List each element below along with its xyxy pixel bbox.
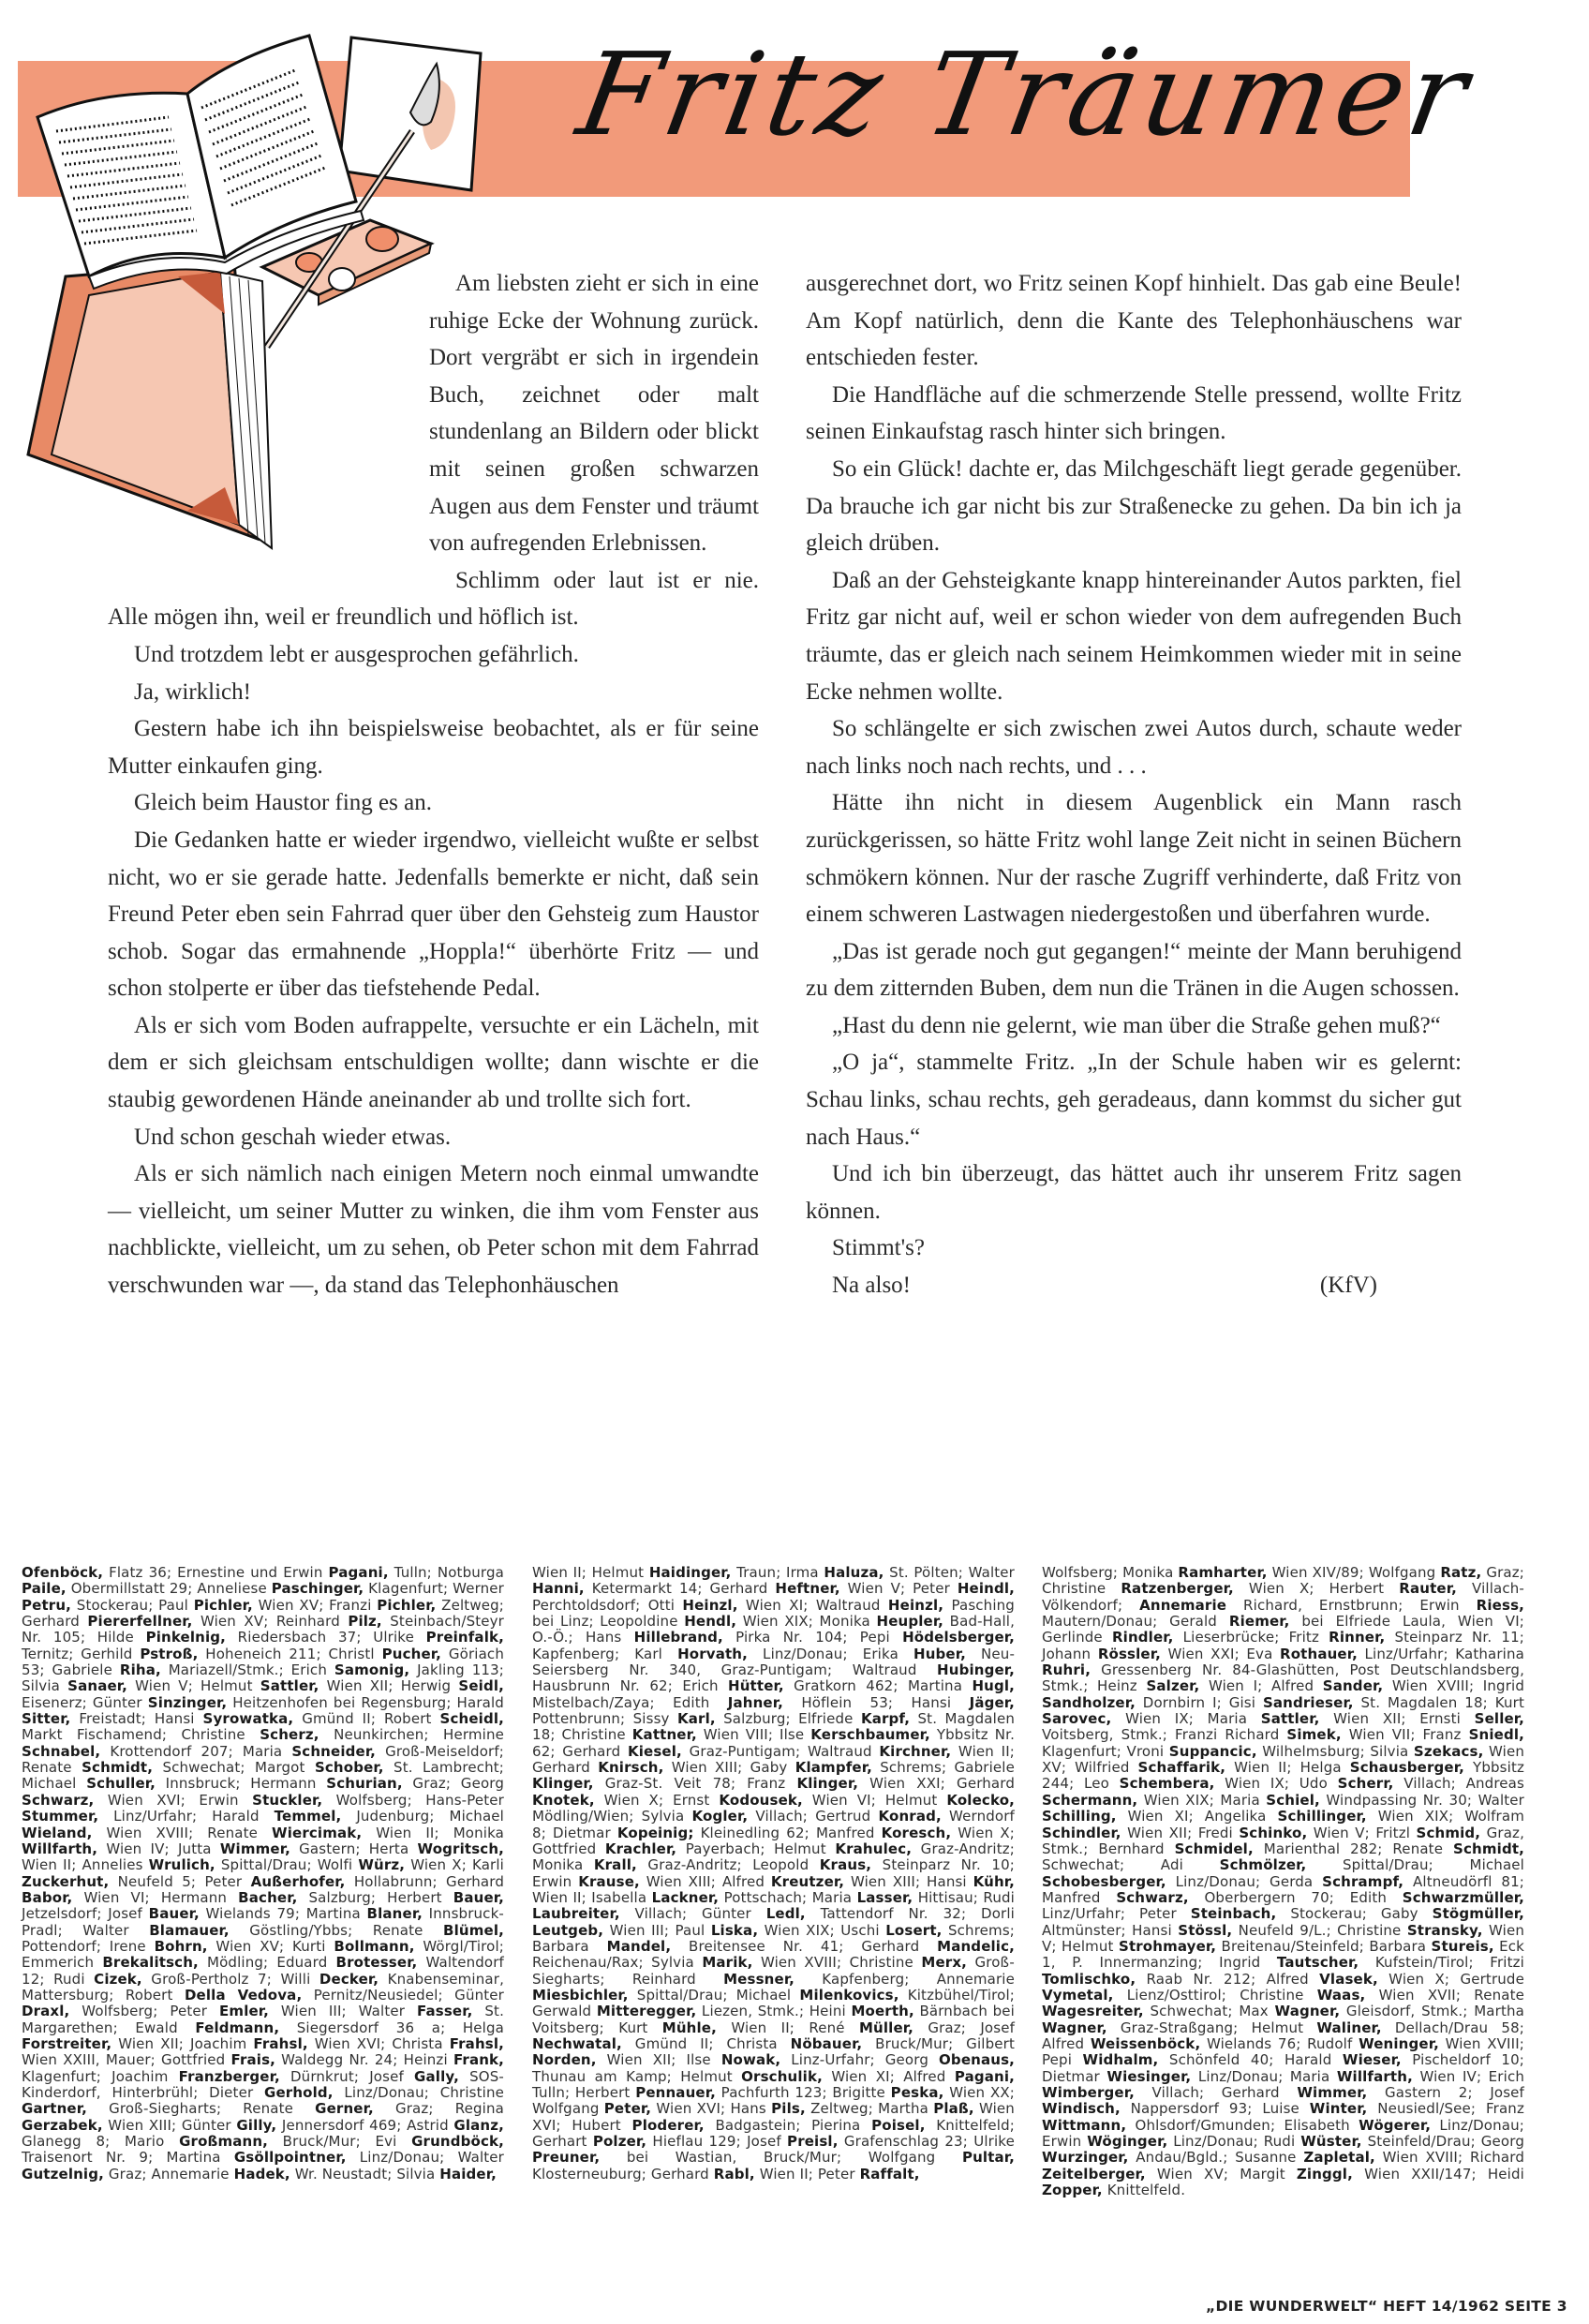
name-list-column-1: Ofenböck, Flatz 36; Ernestine und Erwin … bbox=[22, 1565, 504, 2182]
story-paragraph: Und trotzdem lebt er ausgesprochen gefäh… bbox=[108, 636, 759, 674]
story-paragraph: Ja, wirklich! bbox=[108, 674, 759, 711]
story-paragraph: Gleich beim Haustor fing es an. bbox=[108, 784, 759, 822]
story-paragraph: Und schon geschah wieder etwas. bbox=[108, 1119, 759, 1156]
name-list-column-3: Wolfsberg; Monika Ramharter, Wien XIV/89… bbox=[1042, 1565, 1524, 2198]
story-paragraph: So ein Glück! dachte er, das Milchgeschä… bbox=[806, 451, 1462, 562]
story-paragraph: So schlängelte er sich zwischen zwei Aut… bbox=[806, 710, 1462, 784]
story-paragraph: „Das ist gerade noch gut gegangen!“ mein… bbox=[806, 933, 1462, 1007]
closing-line: Na also! bbox=[832, 1267, 911, 1304]
page-title: Fritz Träumer bbox=[571, 37, 1480, 152]
story-paragraph: Die Handfläche auf die schmerzende Stell… bbox=[806, 377, 1462, 451]
story-left-column: Am liebsten zieht er sich in eine ruhige… bbox=[108, 265, 759, 1304]
illustration-wrap-spacer bbox=[108, 265, 429, 598]
story-paragraph: Hätte ihn nicht in diesem Augenblick ein… bbox=[806, 784, 1462, 932]
page-footer: „DIE WUNDERWELT“ HEFT 14/1962 SEITE 3 bbox=[1206, 2298, 1567, 2315]
story-paragraph: Stimmt's? bbox=[806, 1229, 1462, 1267]
name-list-column-2: Wien II; Helmut Haidinger, Traun; Irma H… bbox=[532, 1565, 1015, 2182]
story-paragraph: Daß an der Gehsteigkante knapp hinterein… bbox=[806, 562, 1462, 710]
story-paragraph: Als er sich nämlich nach einigen Metern … bbox=[108, 1155, 759, 1304]
author-signature: (KfV) bbox=[1320, 1267, 1377, 1304]
story-paragraph: „O ja“, stammelte Fritz. „In der Schule … bbox=[806, 1044, 1462, 1155]
story-paragraph: „Hast du denn nie gelernt, wie man über … bbox=[806, 1007, 1462, 1045]
story-right-column: ausgerechnet dort, wo Fritz seinen Kopf … bbox=[806, 265, 1462, 1304]
story-paragraph: ausgerechnet dort, wo Fritz seinen Kopf … bbox=[806, 265, 1462, 377]
story-paragraph: Und ich bin überzeugt, das hättet auch i… bbox=[806, 1155, 1462, 1229]
story-paragraph: Gestern habe ich ihn beispielsweise beob… bbox=[108, 710, 759, 784]
closing-row: Na also! (KfV) bbox=[806, 1267, 1462, 1304]
paper-sheet-icon bbox=[339, 37, 481, 190]
story-paragraph: Die Gedanken hatte er wieder irgendwo, v… bbox=[108, 822, 759, 1007]
story-paragraph: Als er sich vom Boden aufrappelte, versu… bbox=[108, 1007, 759, 1119]
